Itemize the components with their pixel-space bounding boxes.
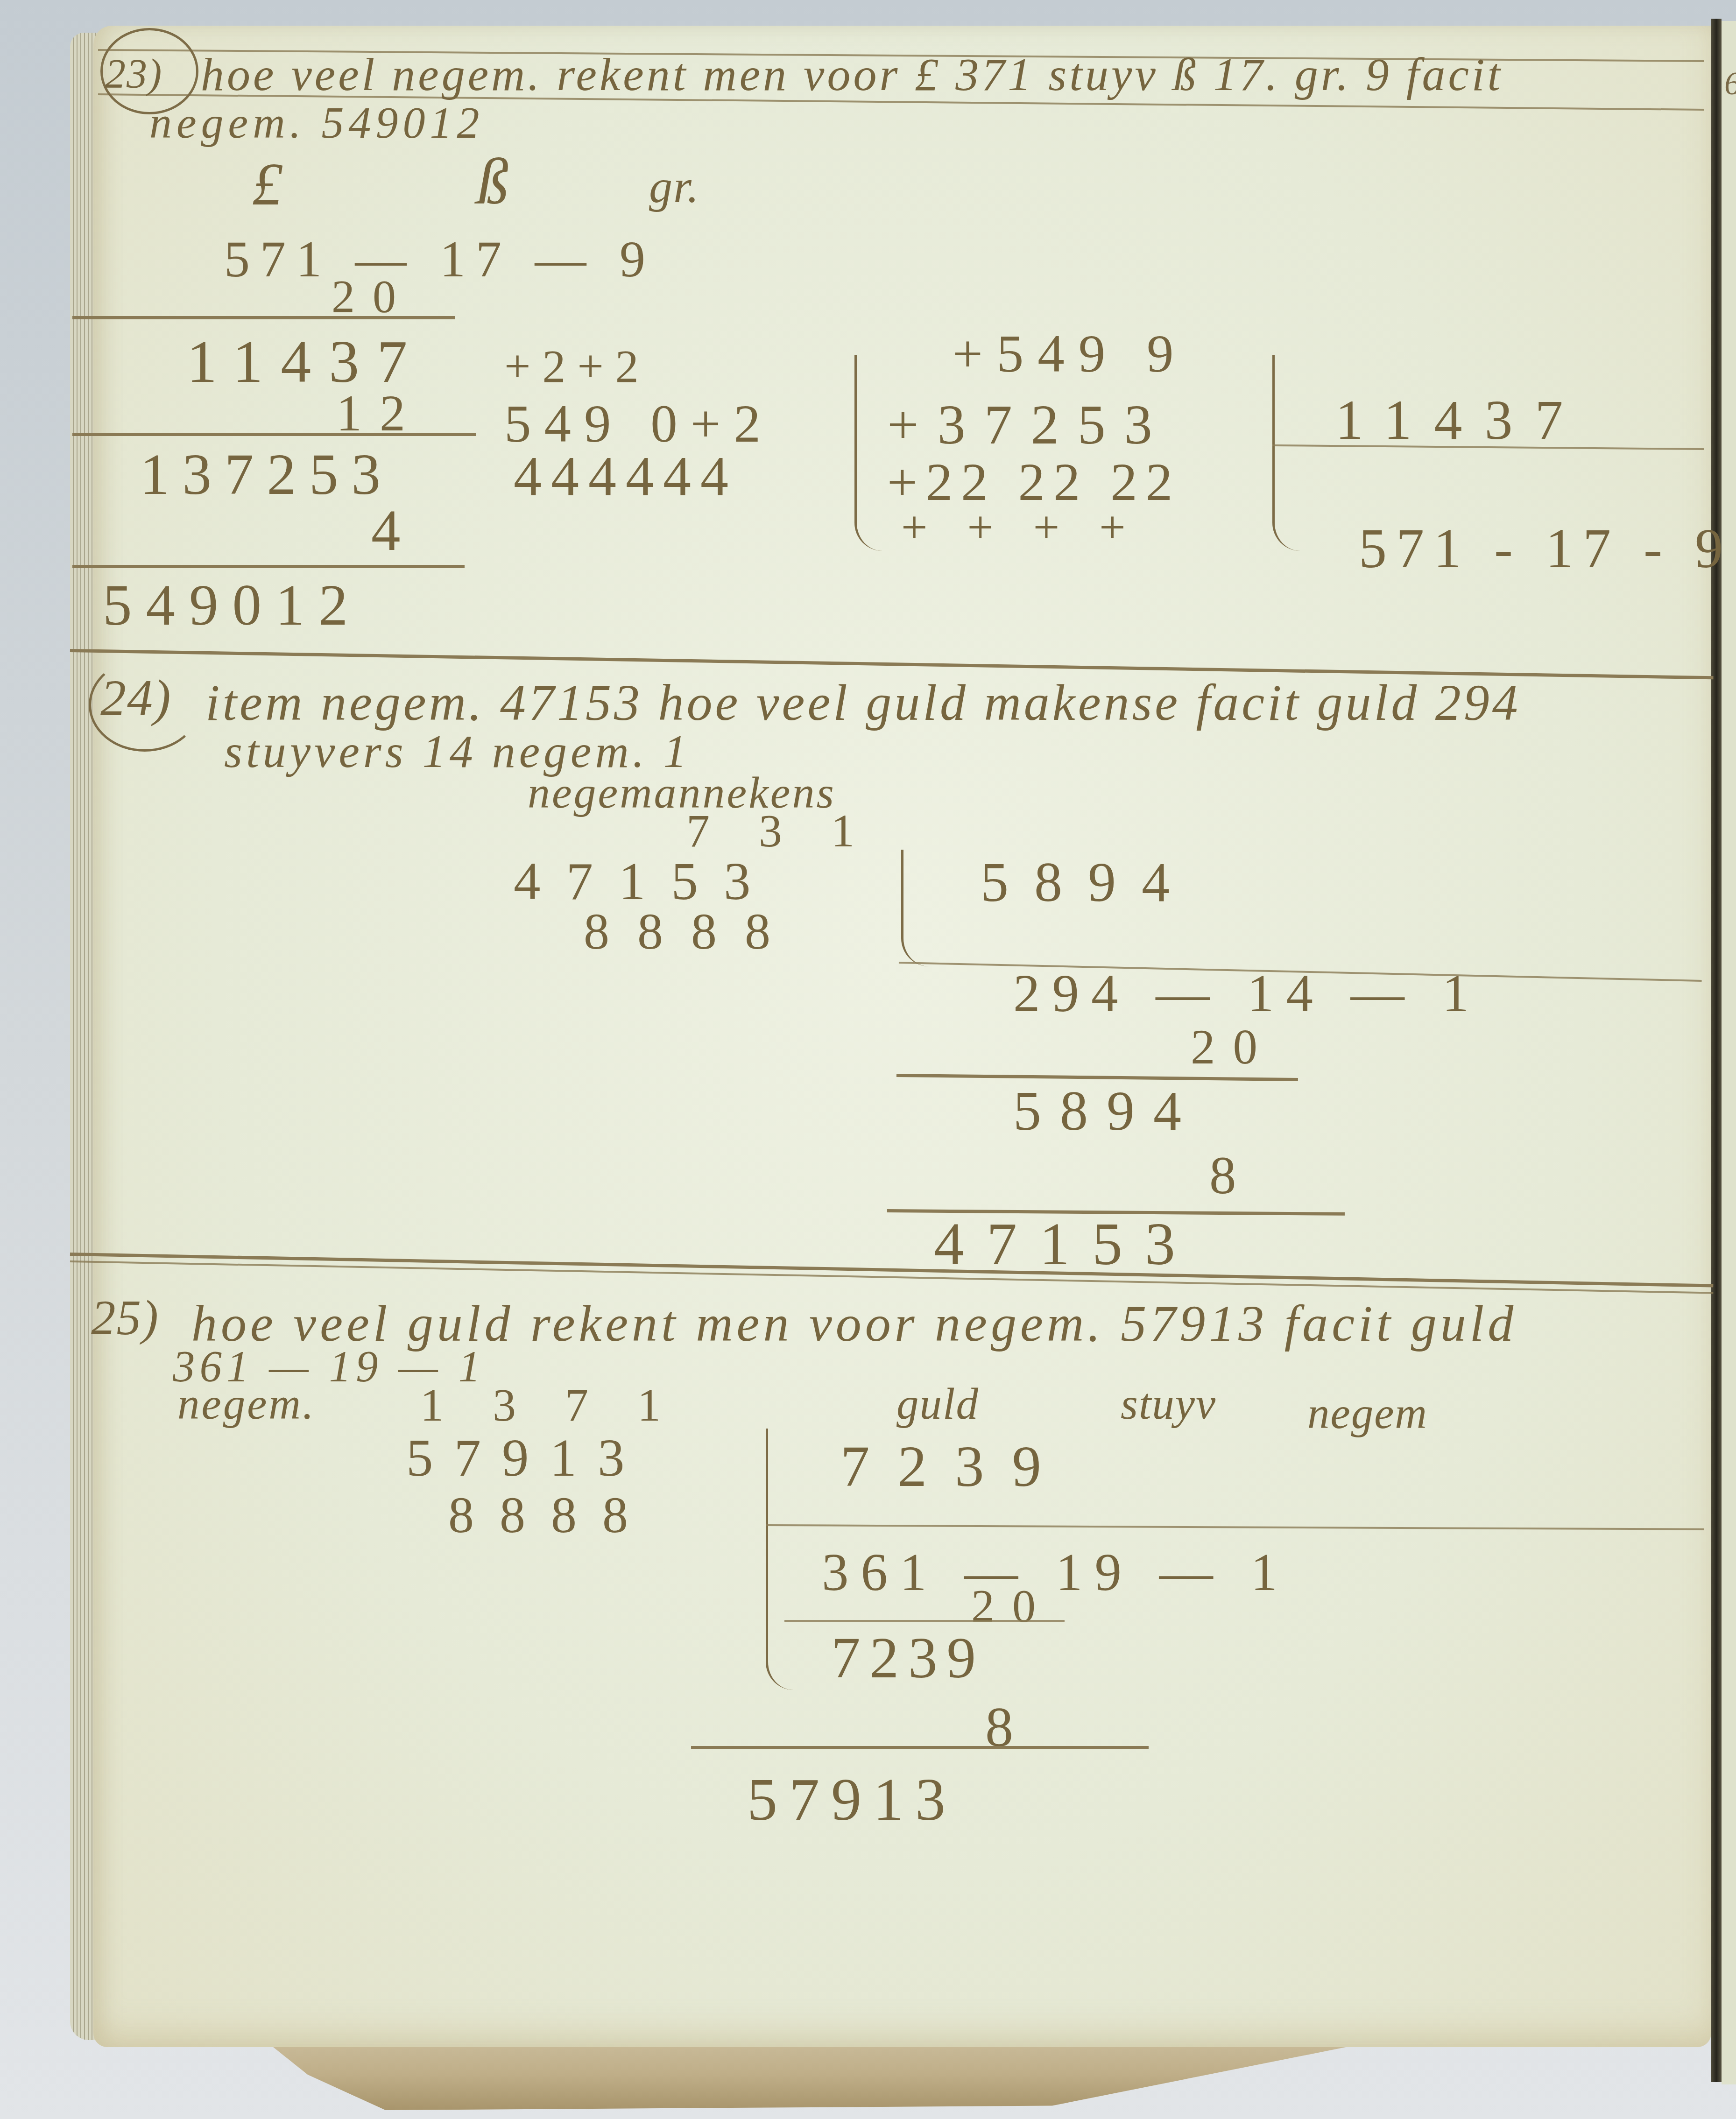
proof-final: 57913: [747, 1769, 957, 1830]
question-text: hoe veel negem. rekent men voor £ 371 st…: [201, 51, 1503, 98]
answer-line: negem. 549012: [149, 100, 484, 145]
book-gutter: [1711, 19, 1722, 2082]
column-header-schelling: ß: [476, 149, 510, 215]
next-page-mark: 6: [1724, 65, 1736, 103]
proof-rule-1: [784, 1620, 1065, 1622]
working-rule-1: [72, 316, 455, 319]
middle-row2: 444444: [514, 448, 738, 504]
division-carries-top: 1 3 7 1: [420, 1382, 679, 1429]
division-divisors: 8888: [448, 1489, 654, 1541]
division-bracket: [766, 1429, 805, 1690]
proof-mult2: 8: [1209, 1148, 1254, 1202]
column-header-guld: guld: [896, 1382, 979, 1426]
division-quotient: 571 - 17 - 9: [1359, 521, 1732, 577]
proof-mult1: 20: [1191, 1022, 1275, 1071]
column-header-groot: gr.: [649, 163, 700, 210]
column-header-stuyv: stuyv: [1121, 1382, 1216, 1426]
division-carries-top: 7 3 1: [686, 808, 873, 854]
next-page-edge: 6: [1722, 21, 1736, 2084]
division-quotient: 361 — 19 — 1: [822, 1545, 1290, 1599]
proof-result1: 5894: [1013, 1083, 1200, 1139]
problem-number: 25): [91, 1293, 159, 1342]
column-header-pound: £: [252, 154, 283, 215]
division-bracket-left: [854, 355, 885, 551]
division-bracket: [901, 850, 941, 966]
problem-number: 23): [105, 54, 162, 95]
working-mult2: 12: [336, 387, 423, 439]
division-row3: + + + +: [901, 504, 1140, 551]
division-row1: +37253: [887, 397, 1171, 453]
question-line-3: negem.: [177, 1382, 316, 1426]
proof-mult1: 20: [971, 1583, 1053, 1629]
division-dividend: 57913: [406, 1431, 646, 1485]
division-partial: 7239: [840, 1438, 1069, 1496]
working-result2: 137253: [140, 446, 394, 504]
working-mult1: 20: [332, 273, 414, 320]
division-divisor-line: 11437: [1335, 392, 1586, 448]
division-carries-top: +549 9: [953, 327, 1188, 380]
working-rule-2: [72, 433, 476, 436]
working-mult3: 4: [371, 502, 418, 560]
division-divisors: 8888: [584, 906, 798, 957]
problem-number-circle: [89, 658, 201, 752]
working-result1: 11437: [187, 331, 425, 392]
working-final: 549012: [103, 577, 362, 635]
division-row2: +22 22 22: [887, 455, 1181, 509]
division-dividend: 47153: [514, 854, 776, 908]
proof-result1: 7239: [831, 1629, 985, 1688]
column-header-negem: negem: [1307, 1391, 1428, 1436]
working-rule-3: [72, 565, 465, 568]
proof-final: 47153: [934, 1214, 1198, 1274]
middle-row1: 549 0+2: [504, 397, 774, 451]
division-bracket-right: [1272, 355, 1312, 551]
middle-carries: +2+2: [504, 343, 650, 390]
division-quotient: 294 — 14 — 1: [1013, 966, 1481, 1020]
division-partial: 5894: [981, 854, 1195, 910]
question-line-1: item negem. 47153 hoe veel guld makense …: [205, 677, 1521, 728]
proof-rule-2: [691, 1746, 1149, 1749]
working-start: 571 — 17 — 9: [224, 233, 656, 285]
